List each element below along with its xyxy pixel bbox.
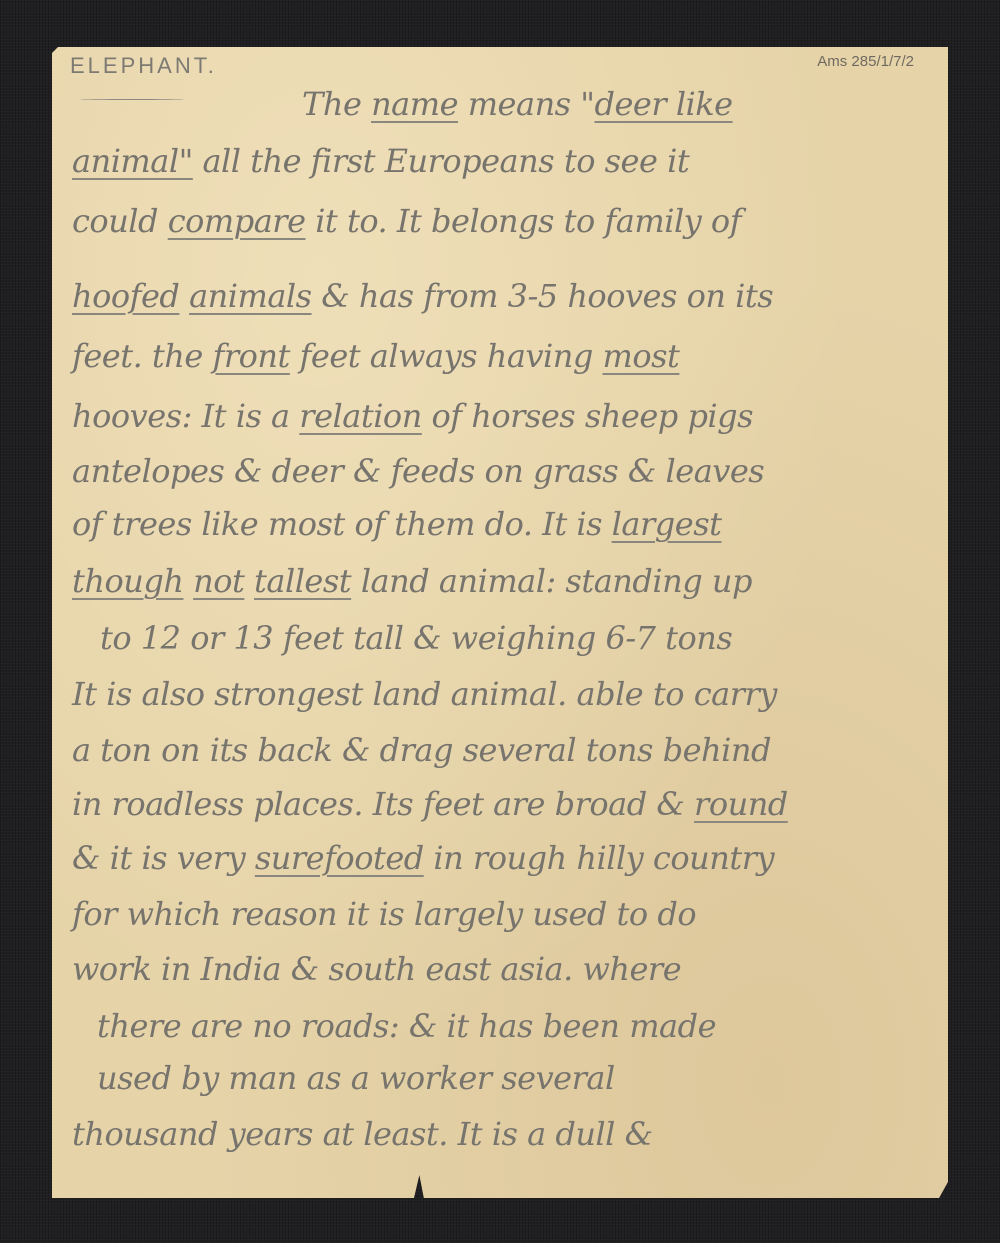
text-line: hoofed animals & has from 3-5 hooves on … — [72, 277, 773, 315]
text-line: The name means "deer like — [302, 85, 733, 123]
manuscript-page: Ams 285/1/7/2 ELEPHANT. The name means "… — [52, 47, 948, 1198]
text-line: though not tallest land animal: standing… — [72, 562, 752, 600]
archive-reference: Ams 285/1/7/2 — [817, 53, 914, 70]
text-line: It is also strongest land animal. able t… — [72, 675, 777, 713]
page-title: ELEPHANT. — [70, 53, 217, 79]
text-line: in roadless places. Its feet are broad &… — [72, 785, 788, 823]
title-underline — [80, 99, 184, 100]
text-line: work in India & south east asia. where — [72, 950, 681, 988]
text-line: hooves: It is a relation of horses sheep… — [72, 397, 753, 435]
text-line: animal" all the first Europeans to see i… — [72, 142, 689, 180]
text-line: there are no roads: & it has been made — [97, 1007, 716, 1045]
text-line: could compare it to. It belongs to famil… — [72, 202, 741, 240]
text-line: thousand years at least. It is a dull & — [72, 1115, 653, 1153]
text-line: feet. the front feet always having most — [72, 337, 679, 375]
text-line: to 12 or 13 feet tall & weighing 6-7 ton… — [100, 619, 732, 657]
text-line: antelopes & deer & feeds on grass & leav… — [72, 452, 764, 490]
text-line: of trees like most of them do. It is lar… — [72, 505, 721, 543]
text-line: & it is very surefooted in rough hilly c… — [72, 839, 774, 877]
text-line: a ton on its back & drag several tons be… — [72, 731, 771, 769]
text-line: used by man as a worker several — [97, 1059, 615, 1097]
text-line: for which reason it is largely used to d… — [72, 895, 696, 933]
